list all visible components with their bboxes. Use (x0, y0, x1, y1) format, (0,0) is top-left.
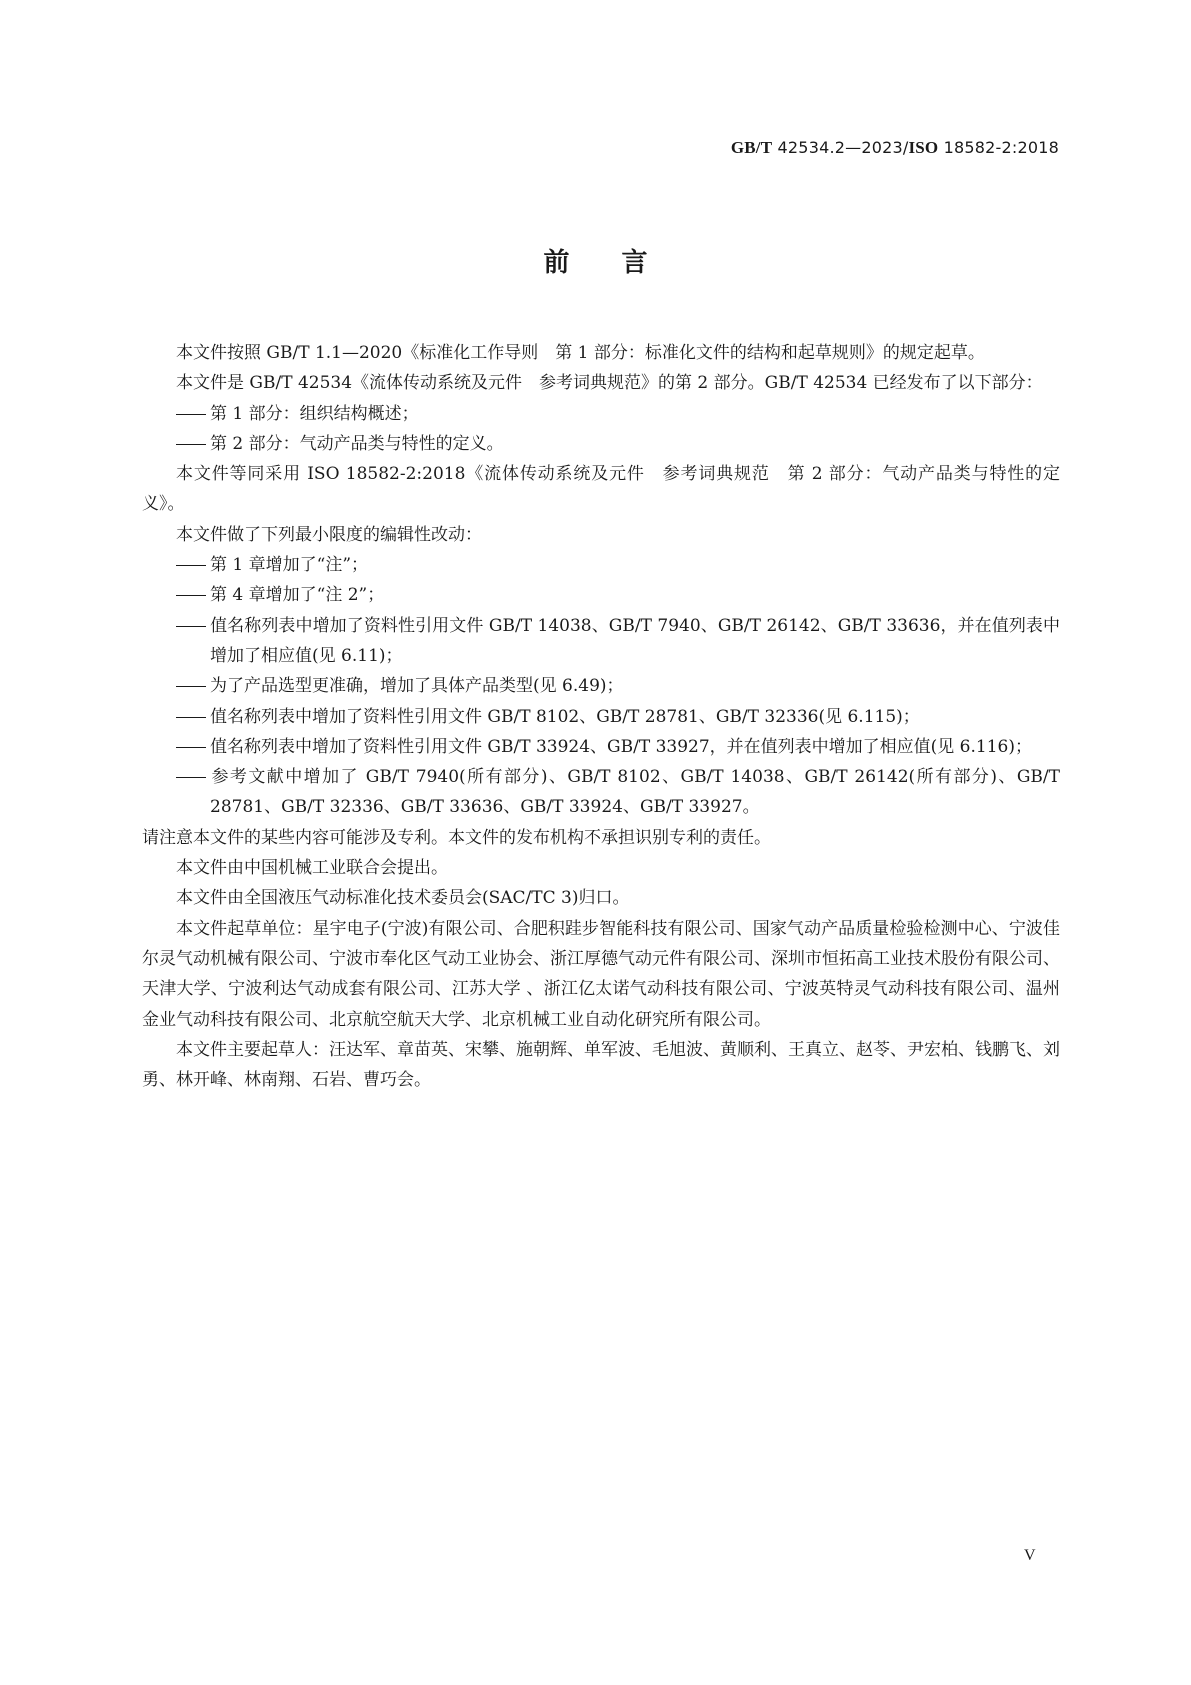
iso-number: 18582-2:2018 (938, 138, 1059, 157)
list-item-text: 值名称列表中增加了资料性引用文件 GB/T 8102、GB/T 28781、GB… (210, 707, 920, 727)
paragraph-series-parts: 本文件是 GB/T 42534《流体传动系统及元件 参考词典规范》的第 2 部分… (142, 368, 1060, 398)
list-item-text: 为了产品选型更准确，增加了具体产品类型(见 6.49)； (210, 676, 624, 696)
list-item-change-6: 值名称列表中增加了资料性引用文件 GB/T 33924、GB/T 33927，并… (142, 732, 1060, 762)
dash-marker (176, 399, 210, 429)
dash-marker (176, 671, 210, 701)
list-item-change-2: 第 4 章增加了“注 2”； (142, 580, 1060, 610)
list-item-change-5: 值名称列表中增加了资料性引用文件 GB/T 8102、GB/T 28781、GB… (142, 702, 1060, 732)
list-item-text: 参考文献中增加了 GB/T 7940(所有部分)、GB/T 8102、GB/T … (210, 767, 1060, 817)
foreword-body: 本文件按照 GB/T 1.1—2020《标准化工作导则 第 1 部分：标准化文件… (142, 338, 1060, 1095)
paragraph-editorial-changes: 本文件做了下列最小限度的编辑性改动： (142, 520, 1060, 550)
paragraph-iso-adoption: 本文件等同采用 ISO 18582-2:2018《流体传动系统及元件 参考词典规… (142, 459, 1060, 520)
list-item-change-1: 第 1 章增加了“注”； (142, 550, 1060, 580)
dash-marker (176, 732, 210, 762)
paragraph-drafting-rules: 本文件按照 GB/T 1.1—2020《标准化工作导则 第 1 部分：标准化文件… (142, 338, 1060, 368)
gbt-prefix: GB/T (731, 138, 772, 157)
list-item-text: 第 1 章增加了“注”； (210, 555, 368, 575)
list-item-part-1: 第 1 部分：组织结构概述； (142, 399, 1060, 429)
dash-marker (176, 550, 210, 580)
gbt-number: 42534.2—2023/ (772, 138, 908, 157)
paragraph-drafting-units: 本文件起草单位：星宇电子(宁波)有限公司、合肥积跬步智能科技有限公司、国家气动产… (142, 914, 1060, 1035)
dash-marker (176, 580, 210, 610)
list-item-change-4: 为了产品选型更准确，增加了具体产品类型(见 6.49)； (142, 671, 1060, 701)
page-number: V (1024, 1547, 1036, 1565)
dash-marker (176, 429, 210, 459)
list-item-text: 值名称列表中增加了资料性引用文件 GB/T 14038、GB/T 7940、GB… (210, 616, 1060, 666)
dash-marker (176, 702, 210, 732)
iso-prefix: ISO (908, 138, 938, 157)
list-item-change-7: 参考文献中增加了 GB/T 7940(所有部分)、GB/T 8102、GB/T … (142, 762, 1060, 823)
page-title: 前言 (0, 242, 1191, 279)
list-item-text: 第 2 部分：气动产品类与特性的定义。 (210, 434, 504, 454)
dash-marker (176, 611, 210, 641)
paragraph-committee: 本文件由全国液压气动标准化技术委员会(SAC/TC 3)归口。 (142, 883, 1060, 913)
list-item-change-3: 值名称列表中增加了资料性引用文件 GB/T 14038、GB/T 7940、GB… (142, 611, 1060, 672)
document-code: GB/T 42534.2—2023/ISO 18582-2:2018 (731, 138, 1059, 158)
paragraph-proposer: 本文件由中国机械工业联合会提出。 (142, 853, 1060, 883)
dash-marker (176, 762, 210, 792)
list-item-text: 第 1 部分：组织结构概述； (210, 404, 419, 424)
list-item-text: 第 4 章增加了“注 2”； (210, 585, 384, 605)
paragraph-drafters: 本文件主要起草人：汪达军、章苗英、宋攀、施朝辉、单军波、毛旭波、黄顺利、王真立、… (142, 1035, 1060, 1096)
paragraph-patent-notice: 请注意本文件的某些内容可能涉及专利。本文件的发布机构不承担识别专利的责任。 (142, 823, 1060, 853)
list-item-part-2: 第 2 部分：气动产品类与特性的定义。 (142, 429, 1060, 459)
list-item-text: 值名称列表中增加了资料性引用文件 GB/T 33924、GB/T 33927，并… (210, 737, 1032, 757)
